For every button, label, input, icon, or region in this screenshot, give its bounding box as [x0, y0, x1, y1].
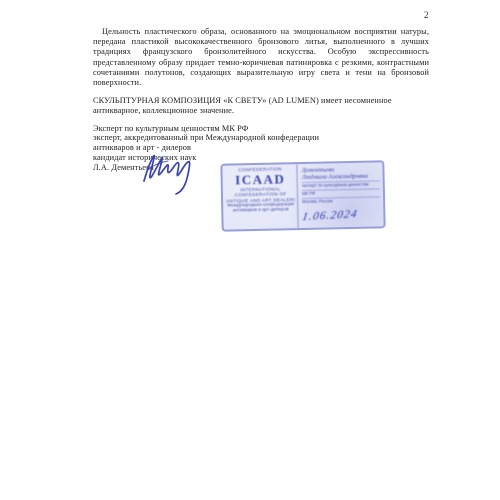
paragraph-line: сочетаниями полутонов, создающих выразит…: [93, 68, 429, 78]
page-number: 2: [424, 10, 429, 20]
stamp-org-abbreviation: ICAAD: [226, 172, 295, 186]
conclusion-line: антикварное, коллекционное значение.: [93, 106, 429, 116]
stamp-right-column: Дементьева Людмила Александровна эксперт…: [298, 162, 384, 228]
paragraph-line: поверхности.: [93, 78, 429, 88]
scanned-document-page: 2 Цельность пластического образа, основа…: [0, 0, 500, 500]
expert-credential-line: эксперт, аккредитованный при Международн…: [93, 133, 429, 143]
stamp-left-column: CONFEDERATION ICAAD INTERNATIONAL CONFED…: [222, 164, 299, 230]
icaad-stamp: CONFEDERATION ICAAD INTERNATIONAL CONFED…: [220, 160, 385, 231]
paragraph-line: передана пластикой высококачественного б…: [93, 37, 429, 47]
main-paragraph: Цельность пластического образа, основанн…: [93, 27, 429, 88]
paragraph-line: традициях французского бронзолитейного и…: [93, 47, 429, 57]
conclusion-paragraph: СКУЛЬПТУРНАЯ КОМПОЗИЦИЯ «К СВЕТУ» (AD LU…: [93, 96, 429, 116]
expert-credential-line: Эксперт по культурным ценностям МК РФ: [93, 124, 429, 134]
stamp-text-line: антикваров и арт-дилеров: [226, 207, 295, 213]
stamp-handwritten-date: 1.06.2024: [301, 207, 381, 223]
paragraph-line: Цельность пластического образа, основанн…: [93, 27, 429, 37]
conclusion-line: СКУЛЬПТУРНАЯ КОМПОЗИЦИЯ «К СВЕТУ» (AD LU…: [93, 96, 429, 106]
paragraph-line: представленному образу придает темно-кор…: [93, 58, 429, 68]
stamp-text-line: Москва, Россия: [302, 196, 380, 205]
handwritten-signature: [138, 143, 222, 195]
